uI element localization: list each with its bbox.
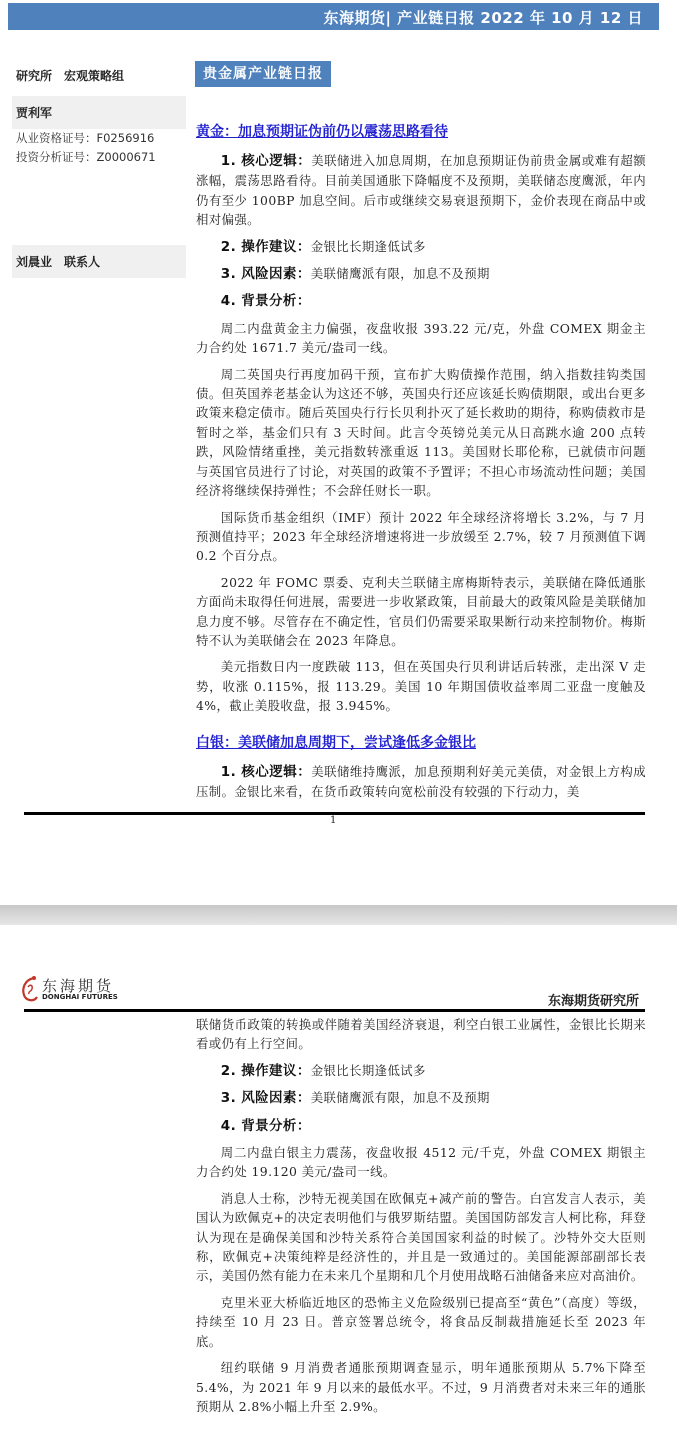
investment-cert: 投资分析证号：Z0000671 bbox=[12, 148, 186, 167]
silver-advice: 2. 操作建议：金银比长期逢低试多 bbox=[196, 1061, 646, 1081]
gold-paragraph: 美元指数日内一度跌破 113，但在英国央行贝利讲话后转涨，走出深 V 走势，收涨… bbox=[196, 657, 646, 715]
report-title: 东海期货| 产业链日报 2022 年 10 月 12 日 bbox=[323, 7, 643, 28]
section-tag: 贵金属产业链日报 bbox=[195, 61, 331, 87]
gold-background-label: 4. 背景分析： bbox=[196, 291, 646, 311]
silver-core-logic: 1. 核心逻辑：美联储维持鹰派，加息预期利好美元美债，对金银上方构成压制。金银比… bbox=[196, 762, 646, 802]
silver-paragraph: 消息人士称，沙特无视美国在欧佩克+减产前的警告。白宫发言人表示，美国认为欧佩克+… bbox=[196, 1189, 646, 1286]
silver-section-continued: 联储货币政策的转换或伴随着美国经济衰退，利空白银工业属性，金银比长期来看或仍有上… bbox=[196, 1015, 646, 1423]
report-header-bar: 东海期货| 产业链日报 2022 年 10 月 12 日 bbox=[8, 3, 659, 30]
page-1: 东海期货| 产业链日报 2022 年 10 月 12 日 研究所 宏观策略组 贾… bbox=[0, 0, 677, 905]
silver-paragraph: 周二内盘白银主力震荡，夜盘收报 4512 元/千克，外盘 COMEX 期银主力合… bbox=[196, 1143, 646, 1182]
silver-risk: 3. 风险因素：美联储鹰派有限，加息不及预期 bbox=[196, 1088, 646, 1108]
gold-core-logic: 1. 核心逻辑：美联储进入加息周期，在加息预期证伪前贵金属或难有超额涨幅，震荡思… bbox=[196, 151, 646, 230]
page-number: 1 bbox=[330, 815, 336, 826]
page-2: 东海期货 DONGHAI FUTURES 东海期货研究所 联储货币政策的转换或伴… bbox=[0, 925, 677, 1446]
logo-text-en: DONGHAI FUTURES bbox=[42, 993, 118, 1001]
silver-paragraph: 纽约联储 9 月消费者通胀预期调查显示，明年通胀预期从 5.7%下降至 5.4%… bbox=[196, 1358, 646, 1416]
department-label: 研究所 宏观策略组 bbox=[12, 60, 186, 88]
dragon-logo-icon bbox=[20, 975, 40, 1003]
gold-paragraph: 周二英国央行再度加码干预，宣布扩大购债操作范围，纳入指数挂钩类国债。但英国养老基… bbox=[196, 365, 646, 501]
gold-paragraph: 周二内盘黄金主力偏强，夜盘收报 393.22 元/克，外盘 COMEX 期金主力… bbox=[196, 319, 646, 358]
silver-section: 白银：美联储加息周期下，尝试逢低多金银比 1. 核心逻辑：美联储维持鹰派，加息预… bbox=[196, 732, 646, 809]
silver-heading-link[interactable]: 白银：美联储加息周期下，尝试逢低多金银比 bbox=[196, 732, 646, 752]
page2-header-divider bbox=[24, 1009, 645, 1012]
gold-heading-link[interactable]: 黄金：加息预期证伪前仍以震荡思路看待 bbox=[196, 121, 646, 141]
gold-paragraph: 国际货币基金组织（IMF）预计 2022 年全球经济将增长 3.2%，与 7 月… bbox=[196, 508, 646, 566]
sidebar: 研究所 宏观策略组 贾利军 从业资格证号：F0256916 投资分析证号：Z00… bbox=[12, 60, 186, 278]
gold-risk: 3. 风险因素：美联储鹰派有限，加息不及预期 bbox=[196, 264, 646, 284]
institute-name: 东海期货研究所 bbox=[548, 990, 639, 1009]
analyst-name: 贾利军 bbox=[12, 96, 186, 129]
gold-paragraph: 2022 年 FOMC 票委、克利夫兰联储主席梅斯特表示，美联储在降低通胀方面尚… bbox=[196, 573, 646, 651]
silver-background-label: 4. 背景分析： bbox=[196, 1116, 646, 1136]
contact-name: 刘晨业 联系人 bbox=[12, 245, 186, 278]
qualification-cert: 从业资格证号：F0256916 bbox=[12, 129, 186, 148]
silver-paragraph: 克里米亚大桥临近地区的恐怖主义危险级别已提高至“黄色”（高度）等级，持续至 10… bbox=[196, 1293, 646, 1351]
donghai-logo: 东海期货 DONGHAI FUTURES bbox=[20, 975, 140, 1005]
gold-section: 黄金：加息预期证伪前仍以震荡思路看待 1. 核心逻辑：美联储进入加息周期，在加息… bbox=[196, 121, 646, 723]
gold-advice: 2. 操作建议：金银比长期逢低试多 bbox=[196, 237, 646, 257]
page-gap bbox=[0, 905, 677, 925]
silver-core-logic-continued: 联储货币政策的转换或伴随着美国经济衰退，利空白银工业属性，金银比长期来看或仍有上… bbox=[196, 1015, 646, 1054]
